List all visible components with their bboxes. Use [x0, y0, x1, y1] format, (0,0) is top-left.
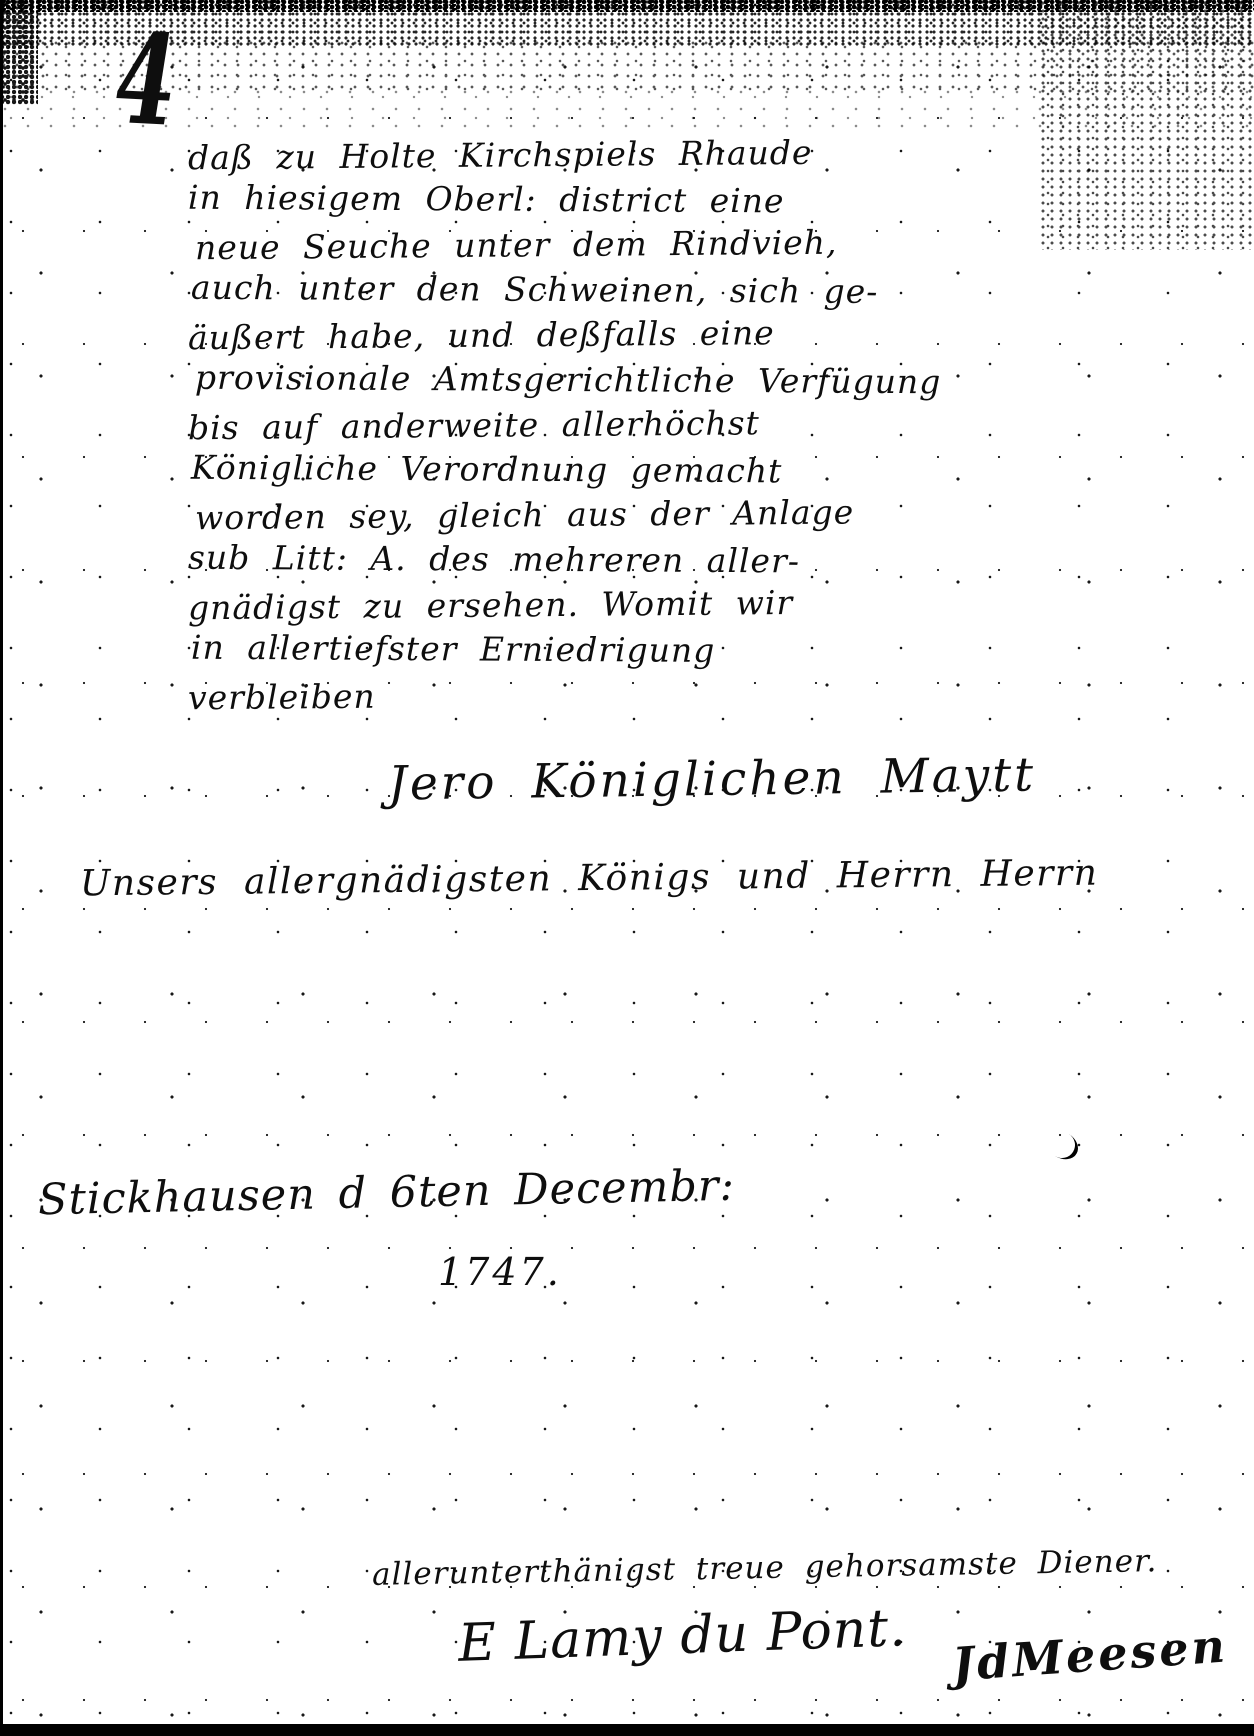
letter-body: daß zu Holte Kirchspiels Rhaude in hiesi… [188, 132, 941, 717]
year-line: 1747. [438, 1250, 562, 1294]
handwritten-line: sub Litt: A. des mehreren aller- [188, 535, 942, 585]
scan-blob-top-left [0, 0, 38, 105]
handwritten-line: gnädigst zu ersehen. Womit wir [188, 579, 942, 631]
place-date-line: Stickhausen d 6ten Decembr: [38, 1161, 736, 1226]
page-number: 4 [114, 6, 177, 155]
handwritten-line: auch unter den Schweinen, sich ge- [191, 265, 942, 315]
handwritten-line: daß zu Holte Kirchspiels Rhaude [188, 129, 942, 181]
scan-edge-left [0, 0, 3, 1736]
scan-noise-top-right [1040, 0, 1254, 250]
handwritten-line: in allertiefster Erniedrigung [191, 625, 942, 675]
scan-noise-band-medium [0, 40, 1254, 95]
scan-edge-bottom-bar [0, 1724, 1254, 1736]
signature-meesen: JdMeesen [950, 1618, 1229, 1691]
handwritten-line: neue Seuche unter dem Rindvieh, [195, 219, 942, 271]
valediction-line: allerunterthänigst treue gehorsamste Die… [372, 1543, 1158, 1593]
handwritten-line: verbleiben [188, 669, 942, 721]
scan-noise-top-edge [0, 0, 1254, 12]
stray-ink-mark [1041, 1125, 1084, 1165]
handwritten-line: Königliche Verordnung gemacht [191, 445, 942, 495]
handwritten-line: worden sey, gleich aus der Anlage [195, 489, 942, 541]
scanned-letter-page: 4 daß zu Holte Kirchspiels Rhaude in hie… [0, 0, 1254, 1736]
handwritten-line: bis auf anderweite allerhöchst [188, 399, 942, 451]
royal-address-subline: Unsers allergnädigsten Königs und Herrn … [80, 853, 1099, 905]
scan-noise-band-dense [0, 0, 1254, 48]
handwritten-line: äußert habe, und deßfalls eine [188, 309, 942, 361]
handwritten-line: provisionale Amtsgerichtliche Verfügung [195, 355, 942, 405]
handwritten-line: in hiesigem Oberl: district eine [188, 175, 942, 225]
signature-lamy-du-pont: E Lamy du Pont. [457, 1598, 907, 1674]
scan-noise-band-light [0, 88, 1254, 136]
royal-address-line: Jero Königlichen Maytt [388, 747, 1037, 811]
